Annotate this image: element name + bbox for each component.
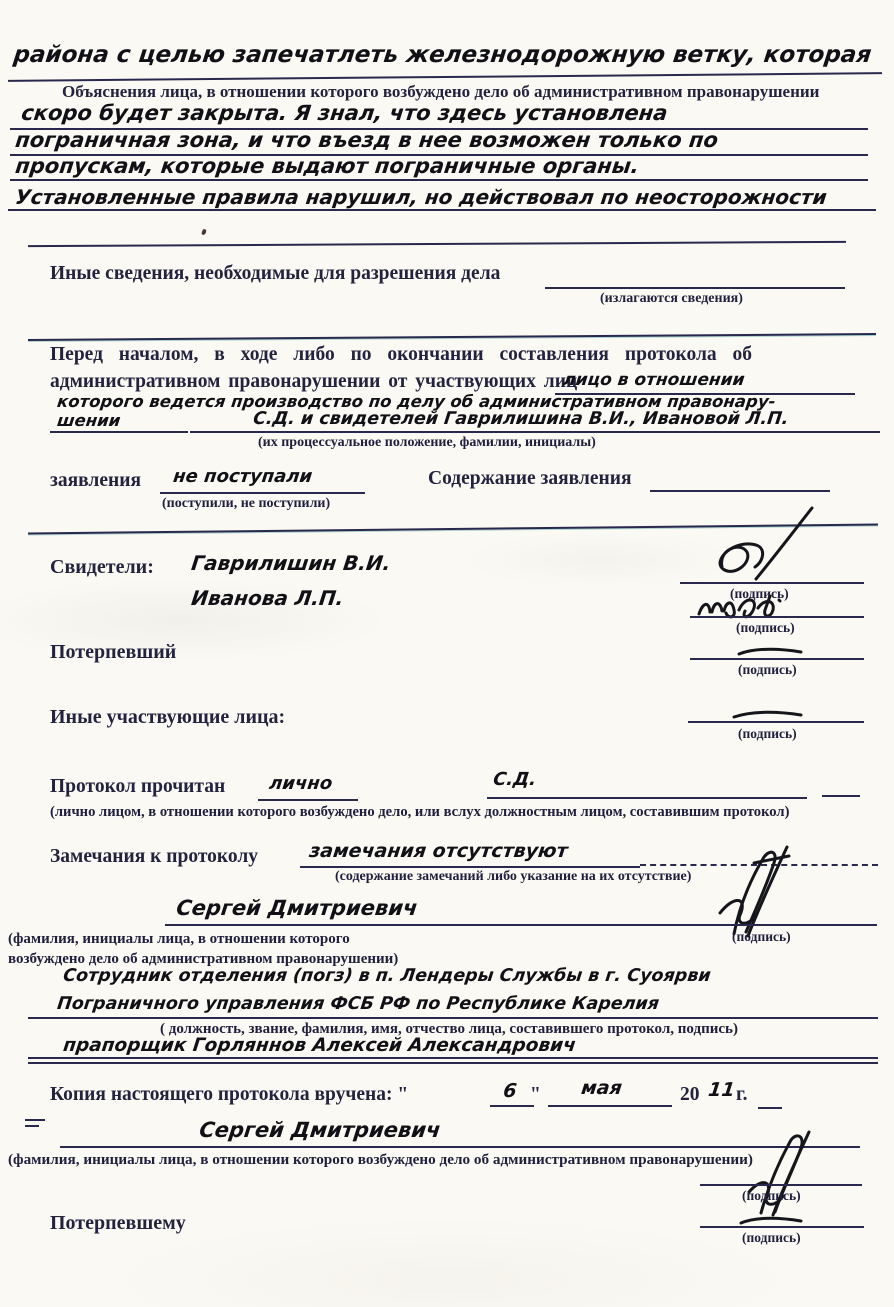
underline [165,924,877,926]
copy-month: мая [580,1077,623,1099]
underline [160,492,365,494]
underline [190,431,880,433]
witness-name-1: Гаврилишин В.И. [190,551,392,575]
explanation-line: пропускам, которые выдают пограничные ор… [14,154,640,178]
underline [548,1105,672,1107]
statements-label: заявления [50,470,141,492]
victim2-signature-dash [737,1213,805,1227]
signature-hint: (подпись) [742,1230,801,1246]
copy-year-print: 20 [680,1084,700,1106]
explanation-note: Установленные правила нарушил, но действ… [14,185,828,209]
scanned-protocol-page: района с целью запечатлеть железнодорожн… [0,0,894,1307]
accused-hint-line1: (фамилия, инициалы лица, в отношении кот… [8,931,350,948]
other-info-label: Иные сведения, необходимые для разрешени… [50,263,500,285]
participants-paragraph-line2: административном правонарушении от участ… [50,371,577,393]
explanation-line: пограничная зона, и что въезд в нее возм… [14,128,719,152]
participants-paragraph-line1: Перед началом, в ходе либо по окончании … [50,344,752,366]
protocol-read-value: лично [268,773,334,794]
explanation-line: скоро будет закрыта. Я знал, что здесь у… [20,101,669,125]
victim-signature-dash [735,644,805,658]
copy-label: Копия настоящего протокола вручена: " [50,1084,408,1106]
fill-line [650,490,830,492]
underline [10,179,868,181]
signature-hint: (подпись) [736,620,795,636]
margin-dash [25,1119,45,1121]
underline [50,431,188,433]
signature-line [690,616,864,618]
explanations-heading: Объяснения лица, в отношении которого во… [62,82,819,102]
copy-year-suffix: г. [736,1084,748,1106]
signature-line [688,721,864,723]
other-info-hint: (излагаются сведения) [600,291,743,307]
other-persons-label: Иные участвующие лица: [50,706,285,729]
other-persons-signature-dash [730,707,805,721]
protocol-read-label: Протокол прочитан [50,776,225,798]
underline [490,1105,534,1107]
participants-hint: (их процессуальное положение, фамилии, и… [258,435,596,451]
copy-day: 6 [502,1080,518,1102]
participants-handwritten-inline: лицо в отношении [562,370,746,390]
witnesses-label: Свидетели: [50,556,154,579]
officer-name: прапорщик Горляннов Алексей Александрови… [62,1035,577,1056]
protocol-read-hint: (лично лицом, в отношении которого возбу… [50,804,789,821]
signature-line [700,1226,864,1228]
remarks-value: замечания отсутствуют [308,840,569,862]
officer-position-line1: Сотрудник отделения (погз) в п. Лендеры … [62,966,712,986]
signature-line [700,1184,862,1186]
accused-name-2: Сергей Дмитриевич [198,1118,442,1142]
underline [258,799,358,801]
underline [28,1057,878,1059]
officer-position-line2: Пограничного управления ФСБ РФ по Респуб… [56,994,660,1014]
participants-handwritten-names: С.Д. и свидетелей Гаврилишина В.И., Иван… [252,409,790,429]
underline [822,795,860,797]
underline [300,866,640,868]
signature-line [690,658,864,660]
accused-signature-large-2 [725,1128,830,1218]
statements-value: не поступали [172,466,314,487]
handwritten-carryover-line: района с целью запечатлеть железнодорожн… [12,42,873,68]
underline [28,1017,878,1019]
underline [8,209,876,211]
section-divider [28,333,876,341]
accused-name: Сергей Дмитриевич [175,896,419,920]
participants-handwritten-word: шении [56,411,122,430]
accused-hint-full: (фамилия, инициалы лица, в отношении кот… [8,1151,753,1169]
blank-line [28,241,846,247]
victim-label: Потерпевший [50,641,176,664]
witness-signature-1 [690,505,840,583]
underline [487,797,807,799]
ink-speck [201,229,207,236]
underline [758,1107,782,1109]
fill-line [545,287,845,289]
statements-hint: (поступили, не поступили) [162,496,330,512]
signature-hint: (подпись) [738,726,797,742]
margin-dash [25,1125,39,1127]
witness-name-2: Иванова Л.П. [190,586,345,610]
signature-hint: (подпись) [732,929,791,945]
protocol-read-initials: С.Д. [492,769,538,790]
copy-year-handwritten: 11 [707,1079,736,1101]
remarks-label: Замечания к протоколу [50,846,258,868]
remarks-hint: (содержание замечаний либо указание на и… [335,869,691,885]
underline [28,1062,878,1064]
victim2-label: Потерпевшему [50,1212,186,1235]
copy-close-quote: " [530,1084,541,1106]
statement-content-label: Содержание заявления [428,468,632,490]
signature-line [680,582,864,584]
signature-hint: (подпись) [742,1188,801,1204]
signature-hint: (подпись) [738,662,797,678]
underline [8,72,882,82]
